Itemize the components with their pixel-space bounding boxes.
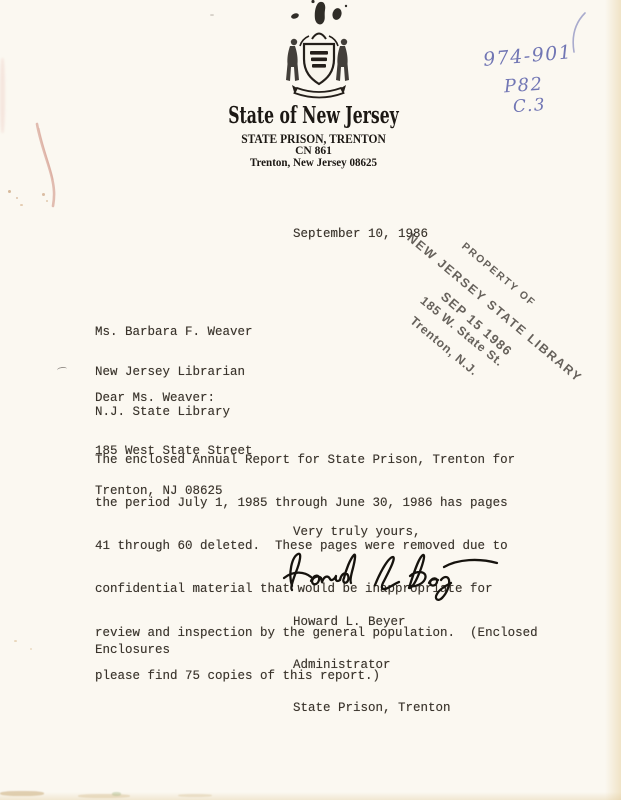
letter-page: State of New Jersey STATE PRISON, TRENTO… <box>0 0 621 800</box>
recipient-line: New Jersey Librarian <box>95 366 253 379</box>
body-line: The enclosed Annual Report for State Pri… <box>95 453 538 467</box>
pink-edge-smudge <box>0 58 5 133</box>
signer-org: State Prison, Trenton <box>293 701 451 715</box>
paper-speck <box>16 197 18 199</box>
pen-stroke-mark <box>566 12 588 54</box>
letterhead-org: State of New Jersey <box>104 102 522 129</box>
paper-speck <box>30 648 32 650</box>
recipient-line: Ms. Barbara F. Weaver <box>95 326 253 339</box>
body-line: the period July 1, 1985 through June 30,… <box>95 496 538 510</box>
letterhead-po-box: CN 861 <box>6 145 621 157</box>
paper-speck <box>42 193 45 196</box>
paper-speck <box>8 190 11 193</box>
paper-speck <box>14 640 17 642</box>
salutation: Dear Ms. Weaver: <box>95 391 215 405</box>
catalog-number-line: 974-901 <box>482 41 573 71</box>
signer-title: Administrator <box>293 658 451 672</box>
nj-state-seal-icon <box>271 0 367 104</box>
paper-edge-shading <box>605 0 621 800</box>
stray-pen-squiggle <box>57 366 68 372</box>
paper-speck <box>210 14 214 16</box>
letterhead-address: Trenton, New Jersey 08625 <box>18 157 608 169</box>
paper-speck <box>20 204 23 206</box>
recipient-line: N.J. State Library <box>95 406 253 419</box>
catalog-number-line: P82 <box>503 74 544 98</box>
library-stamp-line: PROPERTY OF <box>459 240 538 309</box>
signer-name: Howard L. Beyer <box>293 615 451 629</box>
signer-block: Howard L. Beyer Administrator State Pris… <box>293 587 451 743</box>
enclosures-note: Enclosures <box>95 643 170 657</box>
valediction: Very truly yours, <box>293 525 421 539</box>
paper-edge-shading <box>0 792 621 800</box>
catalog-number-line: C.3 <box>512 95 546 117</box>
paper-speck <box>46 200 48 202</box>
